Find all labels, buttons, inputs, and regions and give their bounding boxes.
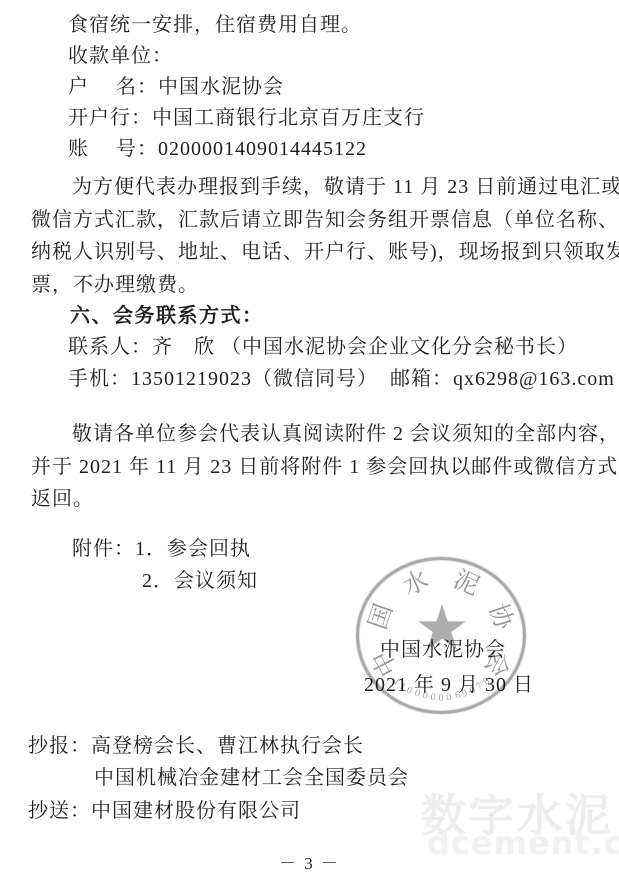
paragraph-line: 微信方式汇款，汇款后请立即告知会务组开票信息（单位名称、 — [31, 204, 609, 237]
accommodation-line: 食宿统一安排，住宿费用自理。 — [68, 13, 362, 37]
attachment-item-2: 2．会议须知 — [142, 569, 258, 593]
payee-label-line: 收款单位： — [68, 44, 173, 68]
contact-section-heading: 六、会务联系方式： — [70, 304, 264, 328]
seal-ring-char: 协 — [483, 600, 516, 633]
signature-date: 2021 年 9 月 30 日 — [364, 673, 534, 697]
return-receipt-paragraph: 敬请各单位参会代表认真阅读附件 2 会议须知的全部内容， 并于 2021 年 1… — [31, 418, 609, 516]
page-number: － 3 － — [0, 849, 619, 874]
signature-org: 中国水泥协会 — [380, 638, 506, 662]
paragraph-line: 票，不办理缴费。 — [31, 269, 609, 302]
account-name-line: 户 名：中国水泥协会 — [68, 75, 284, 99]
document-page: 数字水泥 dcement.com 食宿统一安排，住宿费用自理。 收款单位： 户 … — [0, 0, 619, 876]
cc-send-line: 抄送：中国建材股份有限公司 — [28, 799, 301, 823]
bank-branch-line: 开户行：中国工商银行北京百万庄支行 — [68, 106, 425, 130]
seal-ring-char: 泥 — [449, 567, 483, 601]
paragraph-line: 并于 2021 年 11 月 23 日前将附件 1 参会回执以邮件或微信方式 — [31, 451, 609, 484]
phone-email-line: 手机：13501219023（微信同号） 邮箱：qx6298@163.com — [68, 367, 615, 391]
attachment-item-1: 附件：1．参会回执 — [72, 537, 251, 561]
cc-report-line: 抄报：高登榜会长、曹江林执行会长 — [28, 734, 364, 758]
contact-person-line: 联系人：齐 欣 （中国水泥协会企业文化分会秘书长） — [68, 335, 578, 359]
seal-ring-char: 国 — [365, 600, 398, 633]
paragraph-line: 为方便代表办理报到手续，敬请于 11 月 23 日前通过电汇或 — [31, 171, 609, 204]
remittance-paragraph: 为方便代表办理报到手续，敬请于 11 月 23 日前通过电汇或 微信方式汇款，汇… — [31, 171, 609, 301]
seal-ring-char: 水 — [399, 567, 433, 601]
account-number-line: 账 号：0200001409014445122 — [68, 137, 367, 161]
cc-report-line-cont: 中国机械冶金建材工会全国委员会 — [94, 766, 409, 790]
paragraph-line: 纳税人识别号、地址、电话、开户行、账号)，现场报到只领取发 — [31, 236, 609, 269]
paragraph-line: 返回。 — [31, 483, 609, 516]
paragraph-line: 敬请各单位参会代表认真阅读附件 2 会议须知的全部内容， — [31, 418, 609, 451]
